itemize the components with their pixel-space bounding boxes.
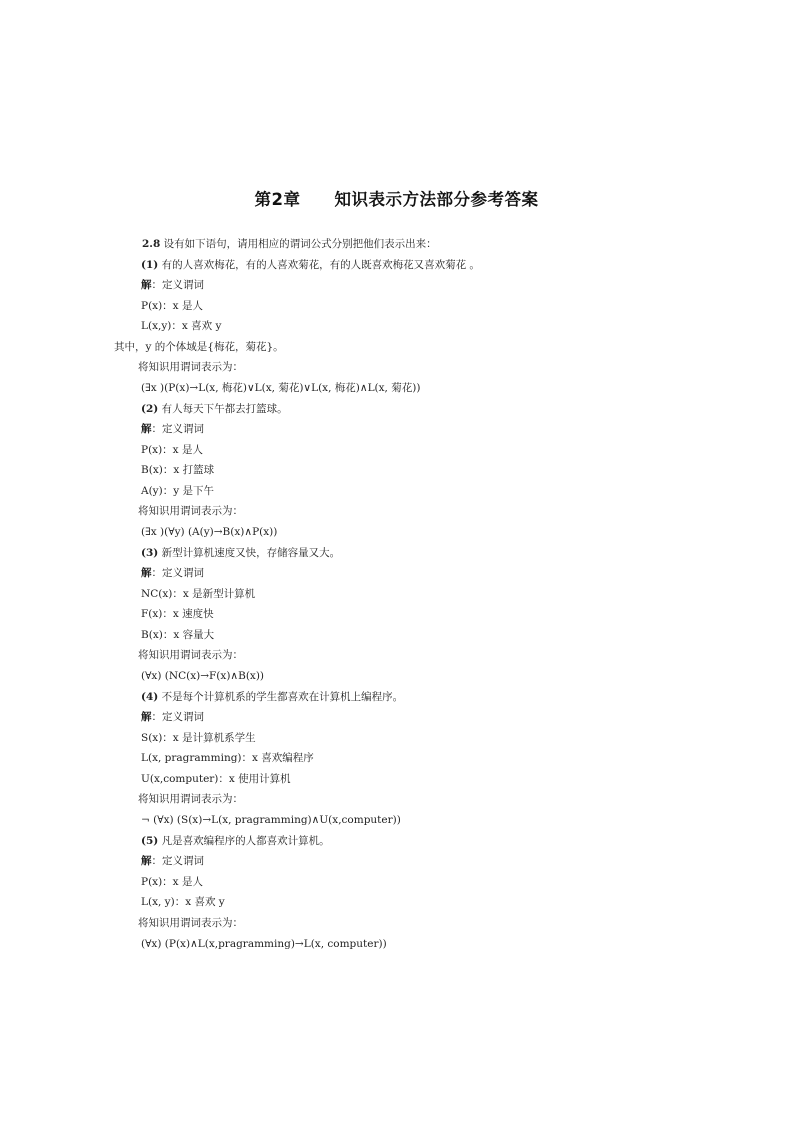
predicate-definition: U(x,computer)：x 使用计算机 <box>141 772 291 786</box>
formula-intro: 将知识用谓词表示为： <box>138 792 243 806</box>
predicate-definition: NC(x)：x 是新型计算机 <box>141 587 255 601</box>
question-2: (2) 有人每天下午都去打篮球。 <box>141 402 288 416</box>
question-5: (5) 凡是喜欢编程序的人都喜欢计算机。 <box>141 834 330 848</box>
solution-label: 解：定义谓词 <box>141 278 204 292</box>
predicate-definition: L(x, pragramming)：x 喜欢编程序 <box>141 751 314 765</box>
formula: (∃x )(P(x)→L(x, 梅花)∨L(x, 菊花)∨L(x, 梅花)∧L(… <box>141 381 420 395</box>
chapter-number: 第2章 <box>255 190 301 209</box>
question-4: (4) 不是每个计算机系的学生都喜欢在计算机上编程序。 <box>141 690 403 704</box>
formula-intro: 将知识用谓词表示为： <box>138 504 243 518</box>
question-3: (3) 新型计算机速度又快，存储容量又大。 <box>141 546 340 560</box>
predicate-definition: P(x)：x 是人 <box>141 443 203 457</box>
solution-label: 解：定义谓词 <box>141 854 204 868</box>
question-1: (1) 有的人喜欢梅花，有的人喜欢菊花，有的人既喜欢梅花又喜欢菊花 。 <box>141 258 480 272</box>
page-title: 第2章知识表示方法部分参考答案 <box>0 186 793 210</box>
predicate-definition: B(x)：x 容量大 <box>141 628 214 642</box>
formula: (∀x) (NC(x)→F(x)∧B(x)) <box>141 669 264 683</box>
predicate-definition: A(y)：y 是下午 <box>141 484 214 498</box>
predicate-definition: L(x,y)：x 喜欢 y <box>141 319 221 333</box>
solution-label: 解：定义谓词 <box>141 422 204 436</box>
predicate-definition: P(x)：x 是人 <box>141 875 203 889</box>
formula: (∃x )(∀y) (A(y)→B(x)∧P(x)) <box>141 525 277 539</box>
formula: ¬ (∀x) (S(x)→L(x, pragramming)∧U(x,compu… <box>141 813 401 827</box>
formula-intro: 将知识用谓词表示为： <box>138 360 243 374</box>
predicate-definition: B(x)：x 打篮球 <box>141 463 214 477</box>
chapter-title: 知识表示方法部分参考答案 <box>334 190 538 209</box>
problem-heading: 2.8 设有如下语句，请用相应的谓词公式分别把他们表示出来： <box>142 237 437 251</box>
formula: (∀x) (P(x)∧L(x,pragramming)→L(x, compute… <box>141 937 387 951</box>
formula-intro: 将知识用谓词表示为： <box>138 916 243 930</box>
predicate-definition: L(x, y)：x 喜欢 y <box>141 895 225 909</box>
domain-note: 其中，y 的个体域是{梅花，菊花}。 <box>114 340 284 354</box>
formula-intro: 将知识用谓词表示为： <box>138 648 243 662</box>
solution-label: 解：定义谓词 <box>141 566 204 580</box>
predicate-definition: P(x)：x 是人 <box>141 299 203 313</box>
predicate-definition: S(x)：x 是计算机系学生 <box>141 731 256 745</box>
solution-label: 解：定义谓词 <box>141 710 204 724</box>
predicate-definition: F(x)：x 速度快 <box>141 607 214 621</box>
